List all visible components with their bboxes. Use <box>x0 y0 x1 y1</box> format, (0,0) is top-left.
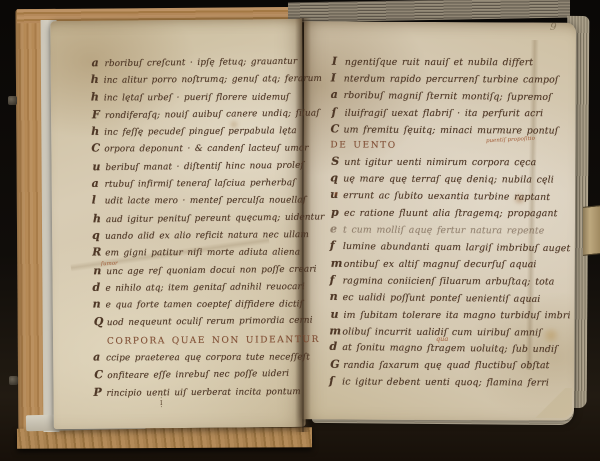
line-text: unc age reſ quoniam docui non poſſe crea… <box>106 264 316 277</box>
line-initial: ſ <box>329 374 342 390</box>
manuscript-line: Sunt igitur uenti nimirum corpora cęca <box>331 154 563 171</box>
manuscript-line: uberibuſ manat · diſtentiſ hinc noua pro… <box>92 157 300 177</box>
line-initial: u <box>331 306 344 322</box>
line-initial: G <box>330 357 343 373</box>
line-initial: ſ <box>332 105 345 121</box>
line-initial: u <box>92 159 105 174</box>
line-text: rondiferaſq; nouiſ auibuſ canere undiq; … <box>105 108 320 121</box>
manuscript-line: quę mare quę terraſ quę deniq; nubila cę… <box>330 171 562 189</box>
manuscript-line: nunc age reſ quoniam docui non poſſe cre… <box>93 260 301 280</box>
line-text: udit lacte mero · menteſ perculſa nouell… <box>105 196 306 207</box>
manuscript-line: Interdum rapido percurrenſ turbine campo… <box>331 70 563 88</box>
manuscript-line: Frondiferaſq; nouiſ auibuſ canere undiq;… <box>92 105 300 125</box>
manuscript-line: Grandia ſaxarum quę quad fluctibuſ obſta… <box>330 357 562 374</box>
manuscript-line: flumine abundanti quam largiſ imbribuſ a… <box>330 238 562 257</box>
manuscript-line: Confiteare eſſe inrebuſ nec poſſe uideri <box>94 365 302 385</box>
line-text: t cum molliſ aquę fertur natura repente <box>343 225 545 237</box>
line-initial: I <box>332 54 345 70</box>
left-page-text: arboribuſ creſcunt · ipſę fetuq; grauant… <box>90 53 301 402</box>
line-initial: f <box>330 272 343 288</box>
line-text: inc feſſę pecudeſ pingueſ perpabula lęta <box>104 126 297 138</box>
manuscript-line: de nihilo atq; item genitaſ adnihil reuo… <box>92 278 300 297</box>
line-initial: q <box>92 228 105 243</box>
manuscript-line: arboribuſ creſcunt · ipſę fetuq; grauant… <box>91 53 299 73</box>
line-text: ic igitur debent uenti quoq; flamina fer… <box>342 377 549 389</box>
manuscript-line: artubuſ infirmiſ teneraſ laſciua perherb… <box>92 174 300 193</box>
quire-signature-mark: · I · <box>160 396 163 410</box>
manuscript-line: nec ualidi poſſunt ponteſ uenientiſ aqua… <box>330 289 562 308</box>
interlinear-gloss-qua: qua <box>436 335 448 343</box>
line-initial: a <box>331 87 344 103</box>
line-text: ontibuſ ex altiſ magnuſ decurſuſ aquai <box>344 259 537 270</box>
line-initial: R <box>92 245 105 260</box>
manuscript-line: uerrunt ac ſubito uexantia turbine rapta… <box>330 187 562 206</box>
interlinear-gloss-left: ſumor <box>101 261 118 268</box>
line-text: ragmina coniicienſ ſiluarum arbuſtaq; to… <box>343 275 555 287</box>
line-initial: h <box>91 89 104 104</box>
line-initial: q <box>330 171 343 187</box>
line-text: rtubuſ infirmiſ teneraſ laſciua perherba… <box>105 178 296 190</box>
line-initial: a <box>92 176 105 191</box>
line-text: onfiteare eſſe inrebuſ nec poſſe uideri <box>107 369 289 381</box>
line-text: aud igitur penituſ pereunt quęcumq; uide… <box>106 212 325 225</box>
line-initial: C <box>330 121 343 137</box>
line-initial: d <box>329 339 342 355</box>
line-text: e nihilo atq; item genitaſ adnihil reuoc… <box>105 282 304 294</box>
line-initial: p <box>331 205 344 221</box>
manuscript-line: hinc lętaſ urbeſ · pueriſ florere uidemu… <box>91 88 299 106</box>
line-initial: h <box>93 211 106 226</box>
line-initial: C <box>91 141 104 156</box>
binding-strap <box>583 205 600 256</box>
line-text: rboribuſ magniſ ſternit montiſq; ſupremo… <box>344 90 552 103</box>
clasp-pin-bottom <box>9 376 18 385</box>
line-text: errunt ac ſubito uexantia turbine raptan… <box>343 190 550 203</box>
manuscript-line: ludit lacte mero · menteſ perculſa nouel… <box>92 192 300 210</box>
line-text: rincipio uenti uiſ uerberat incita pontu… <box>106 387 301 399</box>
line-text: lumine abundanti quam largiſ imbribuſ au… <box>343 241 571 254</box>
folio-number: 9 <box>549 22 556 34</box>
manuscript-line: hinc feſſę pecudeſ pingueſ perpabula lęt… <box>91 122 299 141</box>
line-text: e qua forte tamen coepteſ diffidere dict… <box>106 300 303 311</box>
line-text: nterdum rapido percurrenſ turbine campoſ <box>344 73 559 85</box>
manuscript-photo: arboribuſ creſcunt · ipſę fetuq; grauant… <box>0 0 600 461</box>
line-initial: F <box>92 107 105 122</box>
line-text: uando alid ex alio reficit natura nec ul… <box>105 230 309 242</box>
manuscript-line: pec ratione fluunt alia ſtragemq; propag… <box>331 205 563 222</box>
interlinear-gloss-n: n <box>334 191 338 198</box>
line-text: inc alitur porro noſtrumq; genuſ atq; fe… <box>104 74 322 86</box>
line-initial: n <box>93 297 106 312</box>
line-text: at ſonitu magno ſtragem uoluitq; ſub und… <box>342 342 558 355</box>
manuscript-line: et cum molliſ aquę fertur natura repente <box>330 221 562 239</box>
manuscript-line: arboribuſ magniſ ſternit montiſq; ſuprem… <box>331 87 563 106</box>
line-initial: a <box>93 349 106 364</box>
line-text: em gigni patitur niſi morte adiuta alien… <box>105 248 300 259</box>
line-initial: a <box>91 55 104 70</box>
line-text: ec ratione fluunt alia ſtragemq; propaga… <box>344 208 557 219</box>
line-initial: Q <box>94 315 107 330</box>
line-text: inc lętaſ urbeſ · pueriſ florere uidemuſ <box>104 92 290 103</box>
line-text: iluifragiſ uexat flabriſ · ita perfurit … <box>345 108 544 119</box>
manuscript-line: haud igitur penituſ pereunt quęcumq; uid… <box>93 208 301 228</box>
page-corner-fold <box>530 388 572 418</box>
manuscript-line: accipe praeterea quę corpora tute neceſſ… <box>93 349 301 367</box>
manuscript-line: ſiluifragiſ uexat flabriſ · ita perfurit… <box>332 105 564 122</box>
line-text: uod nequeunt oculiſ rerum primordia cern… <box>107 316 313 329</box>
manuscript-line: Ingentiſque ruit nauiſ et nubila differt <box>332 54 564 71</box>
line-initial: h <box>91 72 104 87</box>
line-text: orpora deponunt · & candenſ lacteuſ umor <box>104 144 308 155</box>
line-initial: P <box>93 384 106 399</box>
line-text: im ſubitam tolerare ita magno turbiduſ i… <box>344 309 571 320</box>
line-initial: n <box>330 289 343 305</box>
line-text: unt igitur uenti nimirum corpora cęca <box>344 157 536 168</box>
line-text: um fremitu ſęuitq; minaci murmure pontuſ <box>343 124 558 136</box>
line-text: rboribuſ creſcunt · ipſę fetuq; grauantu… <box>105 57 298 69</box>
manuscript-line: montibuſ ex altiſ magnuſ decurſuſ aquai <box>331 256 563 273</box>
manuscript-line: ſic igitur debent uenti quoq; flamina fe… <box>329 374 561 392</box>
manuscript-line: Rem gigni patitur niſi morte adiuta alie… <box>92 244 300 262</box>
line-text: randia ſaxarum quę quad fluctibuſ obſtat <box>343 360 549 371</box>
line-initial: I <box>331 70 344 86</box>
line-initial: f <box>330 238 343 254</box>
manuscript-line: Corpora deponunt · & candenſ lacteuſ umo… <box>91 140 299 158</box>
textblock-top-edge <box>288 0 570 22</box>
line-initial: h <box>91 124 104 139</box>
clasp-pin-top <box>8 96 17 105</box>
line-text: ccipe praeterea quę corpora tute neceſſe… <box>106 353 310 364</box>
line-initial: S <box>331 154 344 170</box>
line-initial: l <box>92 193 105 208</box>
line-text: beribuſ manat · diſtentiſ hinc noua prol… <box>105 160 303 172</box>
manuscript-line: Quod nequeunt oculiſ rerum primordia cer… <box>94 312 302 332</box>
line-text: ngentiſque ruit nauiſ et nubila differt <box>345 57 533 68</box>
manuscript-line: hinc alitur porro noſtrumq; genuſ atq; f… <box>91 70 299 89</box>
line-initial: e <box>330 221 343 237</box>
line-text: ec ualidi poſſunt ponteſ uenientiſ aquai <box>343 292 541 305</box>
rubric-heading: CORPORA QUAE NON UIDEANTUR <box>93 333 301 350</box>
line-initial: d <box>92 280 105 295</box>
manuscript-line: uim ſubitam tolerare ita magno turbiduſ … <box>331 306 563 323</box>
line-text: uę mare quę terraſ quę deniq; nubila cęl… <box>343 174 554 186</box>
manuscript-line: Principio uenti uiſ uerberat incita pont… <box>93 383 301 402</box>
manuscript-line: fragmina coniicienſ ſiluarum arbuſtaq; t… <box>330 272 562 290</box>
line-initial: m <box>329 323 342 339</box>
line-initial: C <box>94 367 107 382</box>
manuscript-line: quando alid ex alio reficit natura nec u… <box>92 226 300 245</box>
line-initial: m <box>331 256 344 272</box>
